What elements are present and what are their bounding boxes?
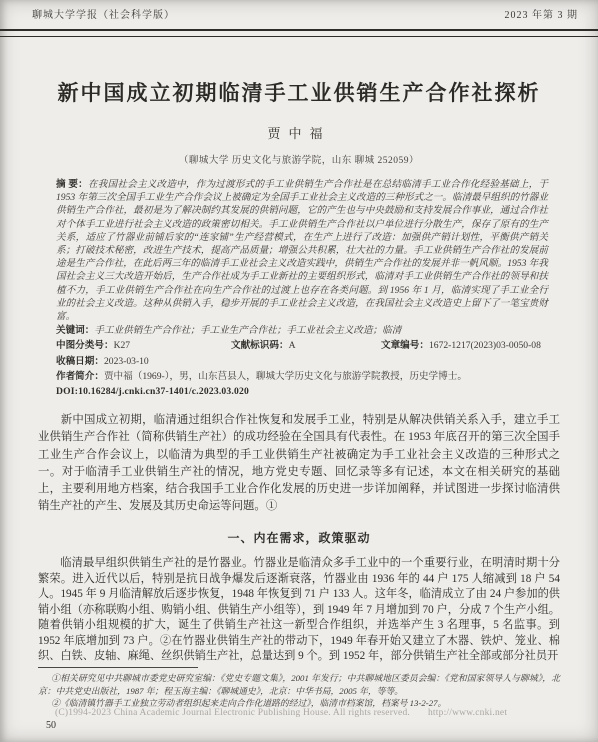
cnki-url: http://www.cnki.net [428, 708, 507, 718]
copyright-text: (C)1994-2023 China Academic Journal Elec… [55, 708, 410, 718]
journal-name: 聊城大学学报（社会科学版） [32, 6, 175, 21]
footnote-separator [38, 667, 198, 668]
doi-line: DOI:10.16284/j.cnki.cn37-1401/c.2023.03.… [56, 385, 548, 398]
abstract-label: 摘 要： [56, 179, 88, 190]
issue-info: 2023 年第 3 期 [505, 6, 579, 21]
abstract: 摘 要：在我国社会主义改造中，作为过渡形式的手工业供销生产合作社是在总结临清手工… [56, 178, 548, 323]
author-affiliation: （聊城大学 历史文化与旅游学院，山东 聊城 252059） [38, 152, 560, 166]
bio-line: 作者简介：贾中福（1969-），男，山东莒县人，聊城大学历史文化与旅游学院教授，… [56, 370, 548, 383]
abstract-meta-block: 摘 要：在我国社会主义改造中，作为过渡形式的手工业供销生产合作社是在总结临清手工… [56, 178, 548, 398]
body-paragraph-2: 临清最早组织供销生产社的是竹器业。竹器业是临清众多手工业中的一个重要行业，在明清… [38, 556, 560, 664]
running-head: 聊城大学学报（社会科学版） 2023 年第 3 期 [0, 0, 598, 27]
page-number: 50 [46, 720, 560, 731]
doc-code-value: A [289, 340, 296, 351]
author-name: 贾中福 [38, 123, 560, 142]
article-id-field: 文章编号：1672-1217(2023)03-0050-08 [381, 339, 548, 352]
classification-line: 中图分类号：K27 文献标识码：A 文章编号：1672-1217(2023)03… [56, 339, 548, 352]
clc-value: K27 [114, 340, 131, 351]
keywords-line: 关键词：手工业供销生产合作社；手工业生产合作社；手工业社会主义改造；临清 [56, 324, 548, 337]
footnotes: ①相关研究见中共聊城市委党史研究室编：《党史专题文集》，2001 年发行；中共聊… [38, 672, 560, 710]
footnote-1: ①相关研究见中共聊城市委党史研究室编：《党史专题文集》，2001 年发行；中共聊… [38, 672, 560, 697]
received-label: 收稿日期： [56, 356, 104, 367]
body-paragraph-1: 新中国成立初期，临清通过组织合作社恢复和发展手工业，特别是从解决供销关系入手，建… [38, 412, 560, 515]
article-id-label: 文章编号： [381, 340, 429, 351]
doc-code-label: 文献标识码： [231, 340, 289, 351]
clc-field: 中图分类号：K27 [56, 339, 231, 352]
received-line: 收稿日期：2023-03-10 [56, 355, 548, 368]
article-id-value: 1672-1217(2023)03-0050-08 [429, 340, 541, 351]
journal-page: 聊城大学学报（社会科学版） 2023 年第 3 期 新中国成立初期临清手工业供销… [0, 0, 598, 742]
abstract-text: 在我国社会主义改造中，作为过渡形式的手工业供销生产合作社是在总结临清手工业合作化… [56, 179, 548, 322]
doc-code-field: 文献标识码：A [231, 339, 381, 352]
clc-label: 中图分类号： [56, 340, 114, 351]
copyright-line: (C)1994-2023 China Academic Journal Elec… [0, 708, 598, 718]
header-double-rule [0, 29, 598, 37]
section-heading-1: 一、内在需求，政策驱动 [38, 529, 560, 546]
keywords-text: 手工业供销生产合作社；手工业生产合作社；手工业社会主义改造；临清 [94, 325, 401, 336]
bio-label: 作者简介： [56, 371, 104, 382]
article-title: 新中国成立初期临清手工业供销生产合作社探析 [48, 77, 550, 107]
received-value: 2023-03-10 [104, 356, 149, 367]
keywords-label: 关键词： [56, 325, 94, 336]
bio-value: 贾中福（1969-），男，山东莒县人，聊城大学历史文化与旅游学院教授，历史学博士… [104, 371, 467, 382]
